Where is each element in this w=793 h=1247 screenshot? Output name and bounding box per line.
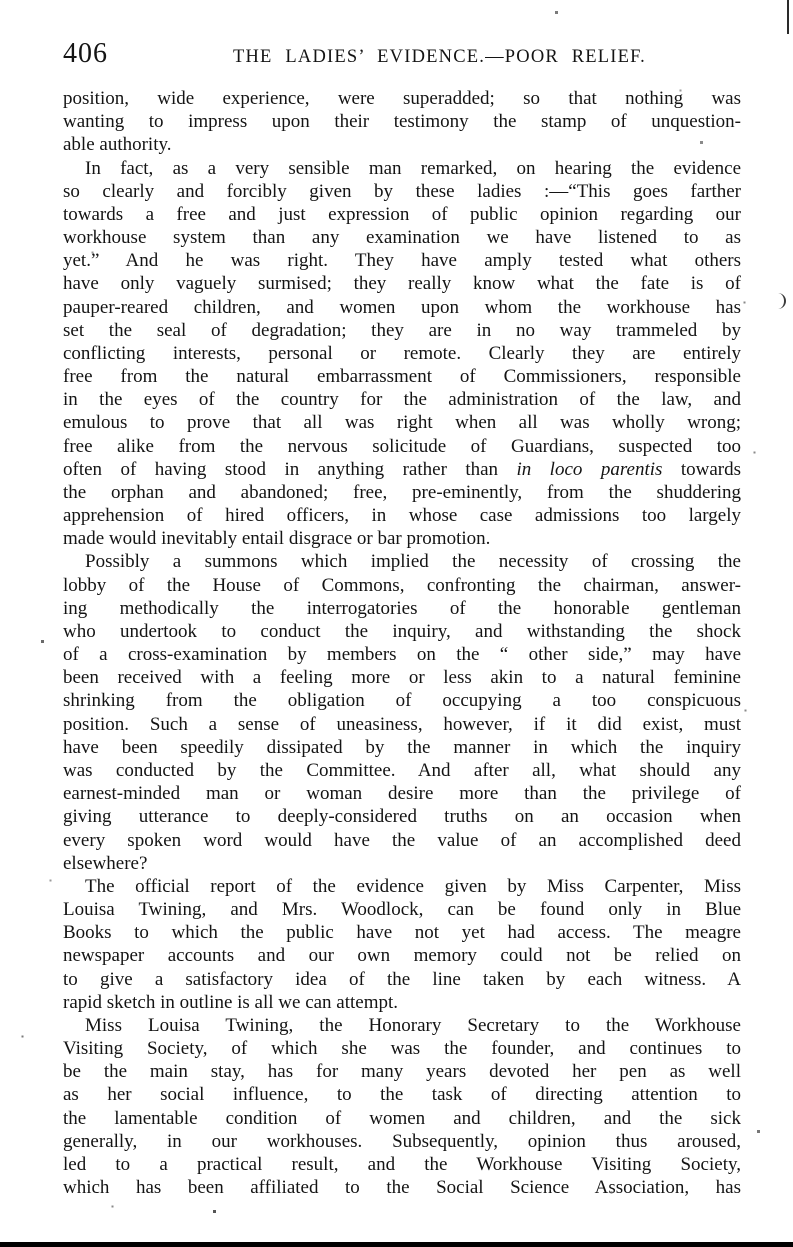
text-line: earnest-minded man or woman desire more … bbox=[63, 782, 741, 805]
page-header: 406 THE LADIES’ EVIDENCE.—POOR RELIEF. bbox=[63, 38, 741, 68]
text-line: workhouse system than any examination we… bbox=[63, 226, 741, 249]
text-line: been received with a feeling more or les… bbox=[63, 666, 741, 689]
paragraph: Possibly a summons which implied the nec… bbox=[63, 550, 741, 874]
text-line: generally, in our workhouses. Subsequent… bbox=[63, 1130, 741, 1153]
text-line: who undertook to conduct the inquiry, an… bbox=[63, 620, 741, 643]
text-line: of a cross-examination by members on the… bbox=[63, 643, 741, 666]
text-line: have been speedily dissipated by the man… bbox=[63, 736, 741, 759]
text-line: newspaper accounts and our own memory co… bbox=[63, 944, 741, 967]
text-line: which has been affiliated to the Social … bbox=[63, 1176, 741, 1199]
text-line: free from the natural embarrassment of C… bbox=[63, 365, 741, 388]
text-line: Louisa Twining, and Mrs. Woodlock, can b… bbox=[63, 898, 741, 921]
text-line: set the seal of degradation; they are in… bbox=[63, 319, 741, 342]
text-line: ing methodically the interrogatories of … bbox=[63, 597, 741, 620]
scan-artifact-curve bbox=[778, 293, 786, 309]
text-line: position, wide experience, were superadd… bbox=[63, 87, 741, 110]
text-line: Possibly a summons which implied the nec… bbox=[63, 550, 741, 573]
text-line: led to a practical result, and the Workh… bbox=[63, 1153, 741, 1176]
scanned-page: 406 THE LADIES’ EVIDENCE.—POOR RELIEF. p… bbox=[63, 0, 741, 1199]
body-text: position, wide experience, were superadd… bbox=[63, 87, 741, 1199]
text-line: wanting to impress upon their testimony … bbox=[63, 110, 741, 133]
text-line: Books to which the public have not yet h… bbox=[63, 921, 741, 944]
scan-edge-bottom bbox=[0, 1242, 793, 1247]
text-line: lobby of the House of Commons, confronti… bbox=[63, 574, 741, 597]
text-line: in the eyes of the country for the admin… bbox=[63, 388, 741, 411]
paragraph: Miss Louisa Twining, the Honorary Secret… bbox=[63, 1014, 741, 1199]
text-line: emulous to prove that all was right when… bbox=[63, 411, 741, 434]
text-line: pauper-reared children, and women upon w… bbox=[63, 296, 741, 319]
text-line: to give a satisfactory idea of the line … bbox=[63, 968, 741, 991]
text-line: shrinking from the obligation of occupyi… bbox=[63, 689, 741, 712]
text-line: yet.” And he was right. They have amply … bbox=[63, 249, 741, 272]
text-line: elsewhere? bbox=[63, 852, 741, 875]
text-line: In fact, as a very sensible man remarked… bbox=[63, 157, 741, 180]
scan-noise bbox=[0, 0, 1, 1]
text-line: often of having stood in anything rather… bbox=[63, 458, 741, 481]
text-line: be the main stay, has for many years dev… bbox=[63, 1060, 741, 1083]
text-line: Miss Louisa Twining, the Honorary Secret… bbox=[63, 1014, 741, 1037]
text-line: was conducted by the Committee. And afte… bbox=[63, 759, 741, 782]
paragraph: position, wide experience, were superadd… bbox=[63, 87, 741, 157]
text-line: so clearly and forcibly given by these l… bbox=[63, 180, 741, 203]
text-line: rapid sketch in outline is all we can at… bbox=[63, 991, 741, 1014]
text-line: free alike from the nervous solicitude o… bbox=[63, 435, 741, 458]
text-line: giving utterance to deeply-considered tr… bbox=[63, 805, 741, 828]
text-line: The official report of the evidence give… bbox=[63, 875, 741, 898]
text-line: as her social influence, to the task of … bbox=[63, 1083, 741, 1106]
text-line: made would inevitably entail disgrace or… bbox=[63, 527, 741, 550]
running-title: THE LADIES’ EVIDENCE.—POOR RELIEF. bbox=[108, 47, 741, 68]
text-line: able authority. bbox=[63, 133, 741, 156]
paragraph: The official report of the evidence give… bbox=[63, 875, 741, 1014]
text-line: the orphan and abandoned; free, pre-emin… bbox=[63, 481, 741, 504]
text-line: towards a free and just expression of pu… bbox=[63, 203, 741, 226]
text-line: have only vaguely surmised; they really … bbox=[63, 272, 741, 295]
text-line: Visiting Society, of which she was the f… bbox=[63, 1037, 741, 1060]
scan-artifact-tick bbox=[787, 0, 789, 34]
text-line: conflicting interests, personal or remot… bbox=[63, 342, 741, 365]
text-line: apprehension of hired officers, in whose… bbox=[63, 504, 741, 527]
text-line: the lamentable condition of women and ch… bbox=[63, 1107, 741, 1130]
text-line: every spoken word would have the value o… bbox=[63, 829, 741, 852]
text-line: position. Such a sense of uneasiness, ho… bbox=[63, 713, 741, 736]
paragraph: In fact, as a very sensible man remarked… bbox=[63, 157, 741, 551]
page-number: 406 bbox=[63, 38, 108, 70]
